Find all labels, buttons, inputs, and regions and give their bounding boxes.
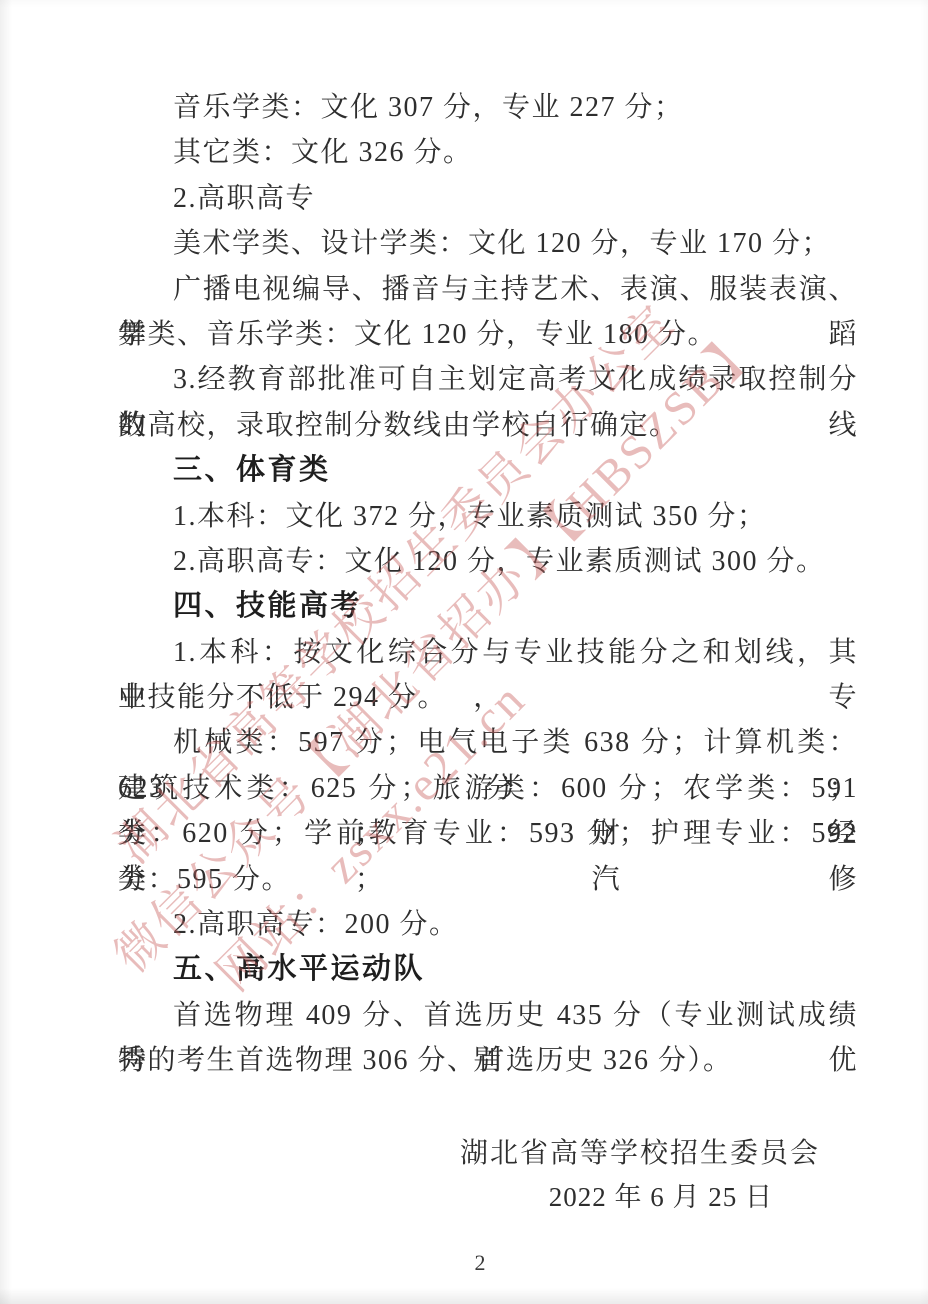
document-line: 类：620 分；学前教育专业：593 分；护理专业：592 分；汽修 [118, 811, 858, 856]
document-line: 3.经教育部批准可自主划定高考文化成绩录取控制分数线 [118, 357, 858, 402]
document-line: 2.高职高专：文化 120 分，专业素质测试 300 分。 [118, 539, 858, 584]
document-line: 广播电视编导、播音与主持艺术、表演、服装表演、舞蹈 [118, 267, 858, 312]
section-heading: 三、体育类 [118, 448, 858, 493]
document-body: 音乐学类：文化 307 分，专业 227 分；其它类：文化 326 分。2.高职… [118, 85, 858, 1084]
signature-org: 湖北省高等学校招生委员会 [460, 1131, 820, 1171]
document-line: 机械类：597 分；电气电子类 638 分；计算机类：623 分； [118, 720, 858, 765]
document-line: 其它类：文化 326 分。 [118, 130, 858, 175]
signature-date: 2022 年 6 月 25 日 [549, 1175, 773, 1214]
document-line: 音乐学类：文化 307 分，专业 227 分； [118, 85, 858, 130]
document-line: 1.本科：按文化综合分与专业技能分之和划线，其中，专 [118, 630, 858, 675]
page-number: 2 [0, 1250, 928, 1276]
document-line: 1.本科：文化 372 分，专业素质测试 350 分； [118, 494, 858, 539]
document-line: 2.高职高专：200 分。 [118, 902, 858, 947]
section-heading: 四、技能高考 [118, 584, 858, 629]
scanned-document-page: 湖北省高等学校招生委员会办公室 微信公众号【湖北省招办】【HBSZSB】 网站：… [0, 0, 928, 1304]
section-heading: 五、高水平运动队 [118, 947, 858, 992]
document-line: 首选物理 409 分、首选历史 435 分（专业测试成绩特别优 [118, 993, 858, 1038]
document-line: 美术学类、设计学类：文化 120 分，专业 170 分； [118, 221, 858, 266]
document-line: 建筑技术类：625 分；旅游类：600 分；农学类：591 分；财经 [118, 766, 858, 811]
document-line: 2.高职高专 [118, 176, 858, 221]
